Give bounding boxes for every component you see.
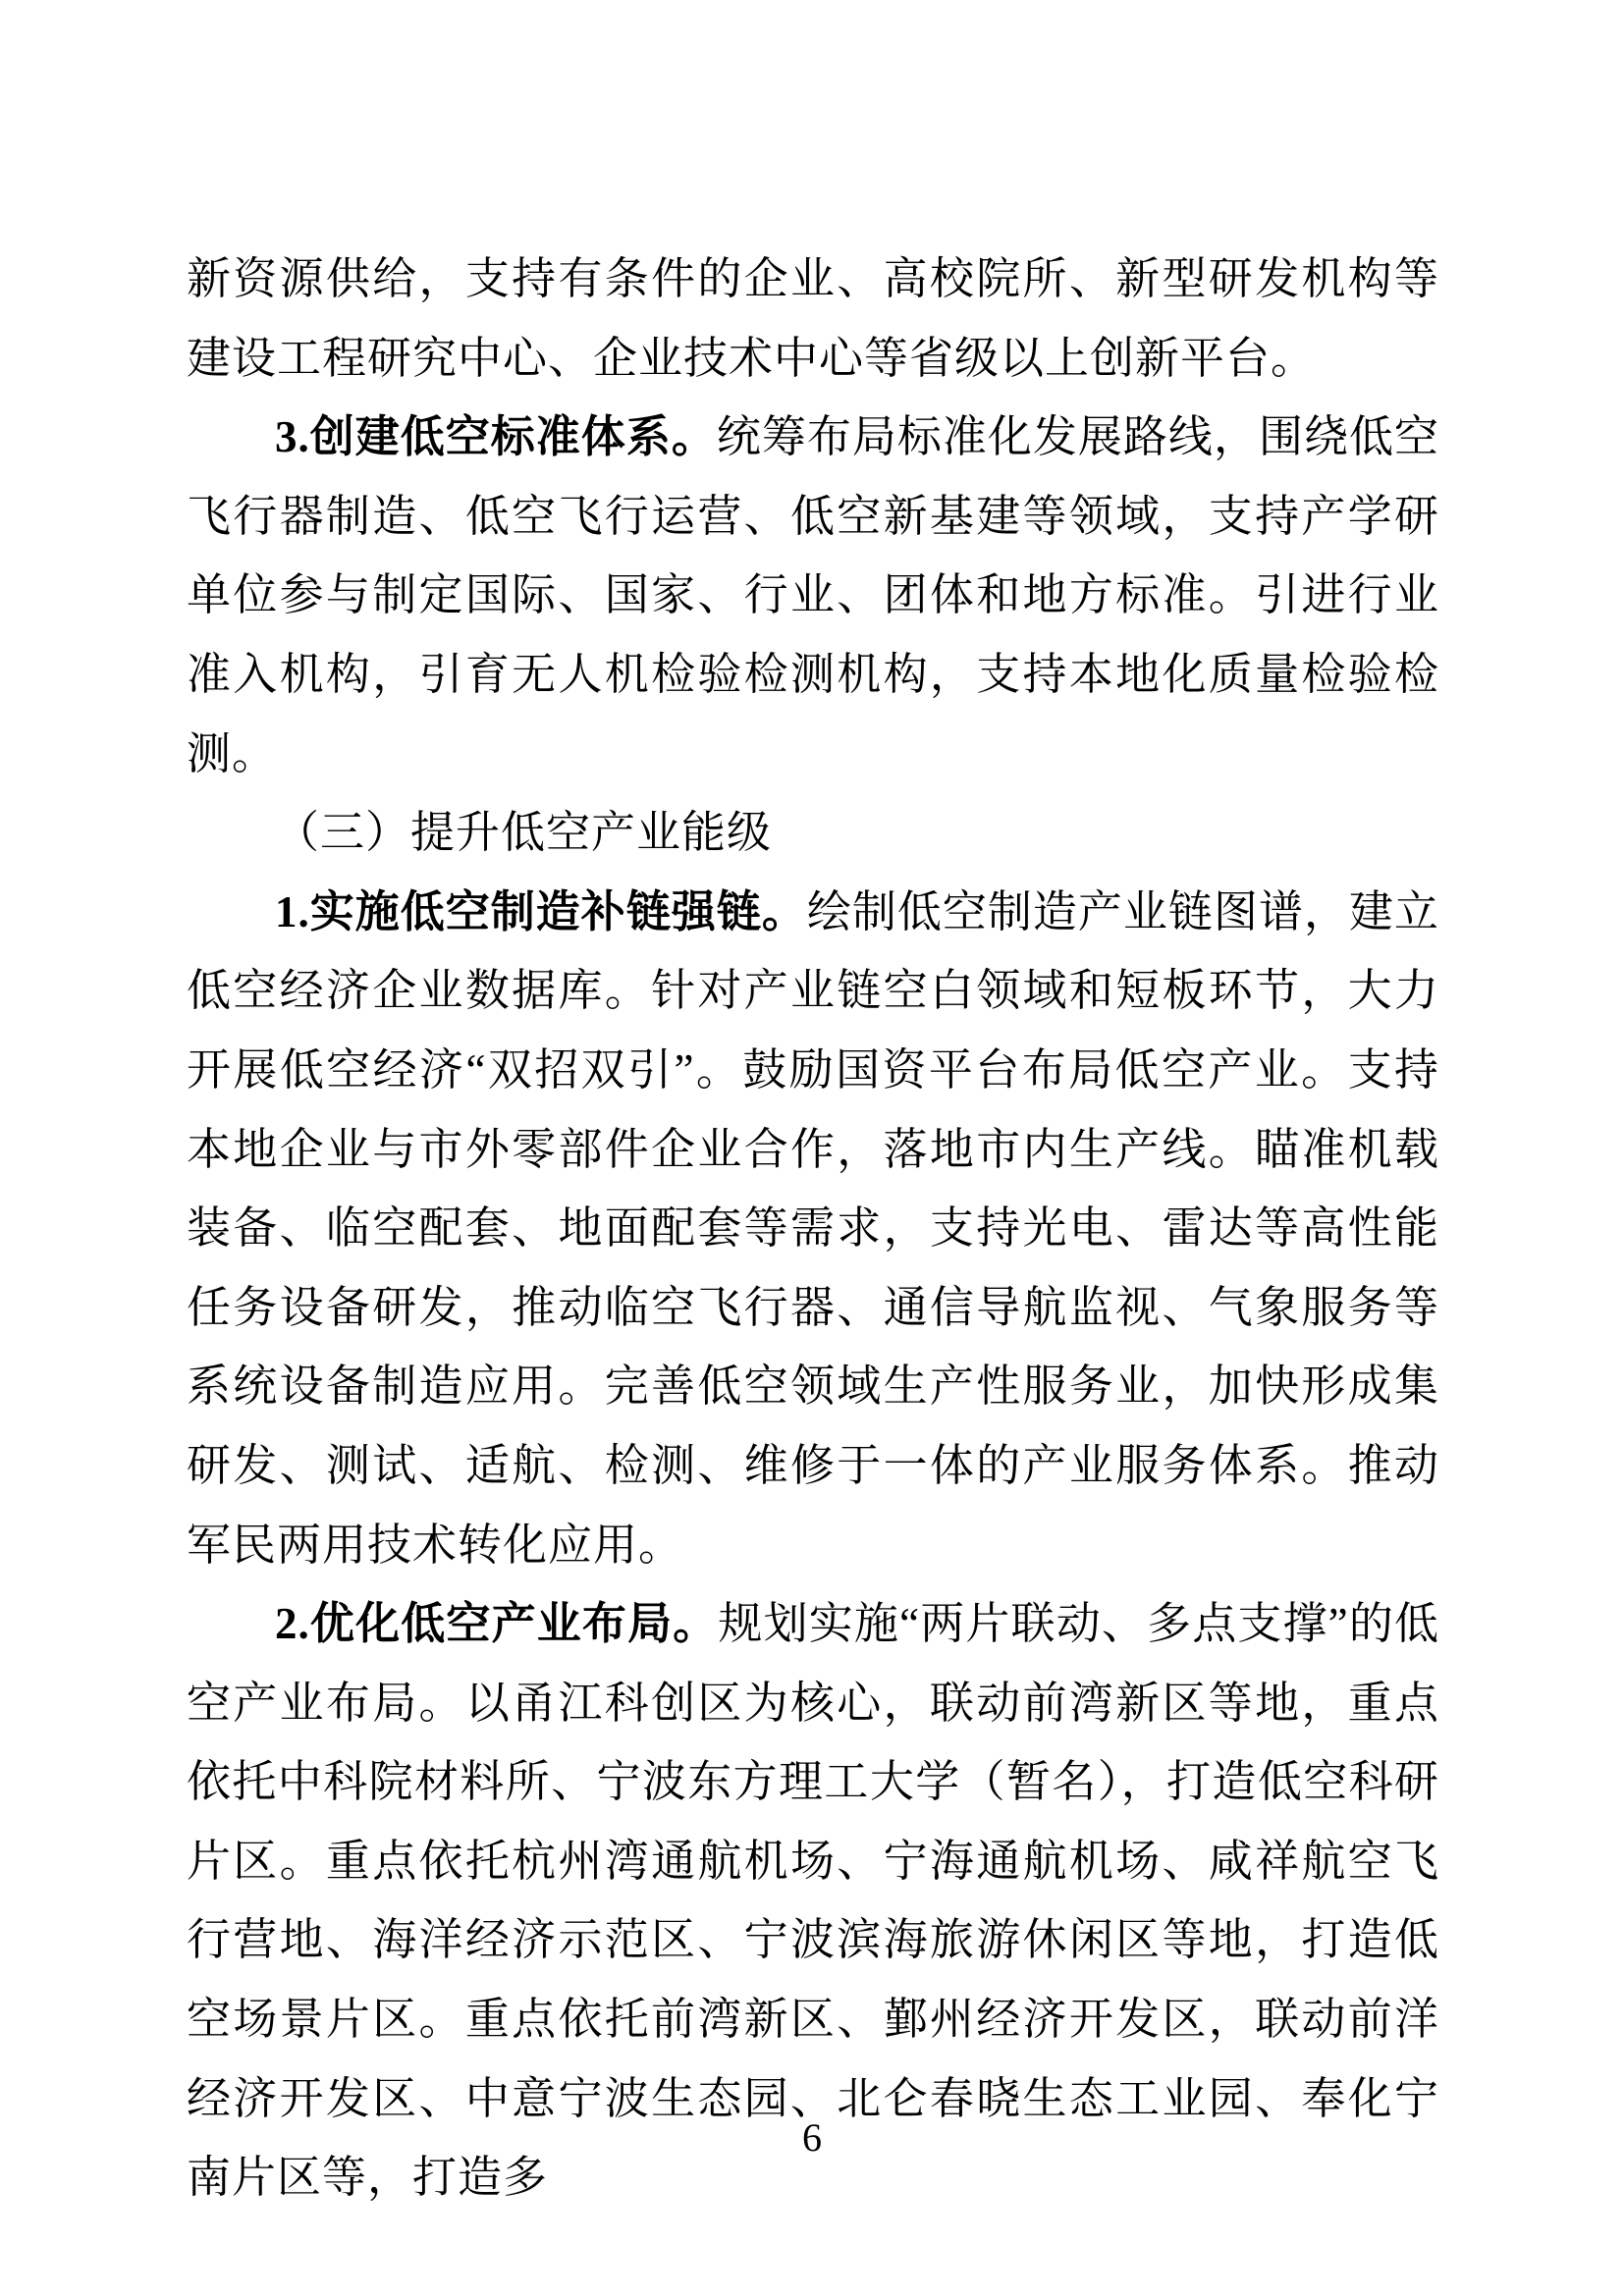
page-number: 6 — [802, 2115, 822, 2160]
paragraph-lead: 3.创建低空标准体系。 — [275, 412, 717, 461]
section-heading: （三）提升低空产业能级 — [187, 793, 1439, 873]
document-page: 新资源供给，支持有条件的企业、高校院所、新型研发机构等建设工程研究中心、企业技术… — [0, 0, 1624, 2296]
document-body: 新资源供给，支持有条件的企业、高校院所、新型研发机构等建设工程研究中心、企业技术… — [187, 240, 1439, 2217]
paragraph-item-3: 3.创建低空标准体系。统筹布局标准化发展路线，围绕低空飞行器制造、低空飞行运营、… — [187, 398, 1439, 793]
paragraph-text: 绘制低空制造产业链图谱，建立低空经济企业数据库。针对产业链空白领域和短板环节，大… — [187, 887, 1439, 1570]
section-heading-text: （三）提升低空产业能级 — [275, 808, 772, 857]
paragraph-lead: 1.实施低空制造补链强链。 — [275, 887, 807, 936]
paragraph-text: 统筹布局标准化发展路线，围绕低空飞行器制造、低空飞行运营、低空新基建等领域，支持… — [187, 412, 1439, 777]
paragraph-item-1: 1.实施低空制造补链强链。绘制低空制造产业链图谱，建立低空经济企业数据库。针对产… — [187, 873, 1439, 1584]
paragraph-lead: 2.优化低空产业布局。 — [275, 1599, 718, 1648]
paragraph-text: 新资源供给，支持有条件的企业、高校院所、新型研发机构等建设工程研究中心、企业技术… — [187, 254, 1439, 383]
paragraph-continuation: 新资源供给，支持有条件的企业、高校院所、新型研发机构等建设工程研究中心、企业技术… — [187, 240, 1439, 398]
page-footer: 6 — [0, 2109, 1624, 2167]
